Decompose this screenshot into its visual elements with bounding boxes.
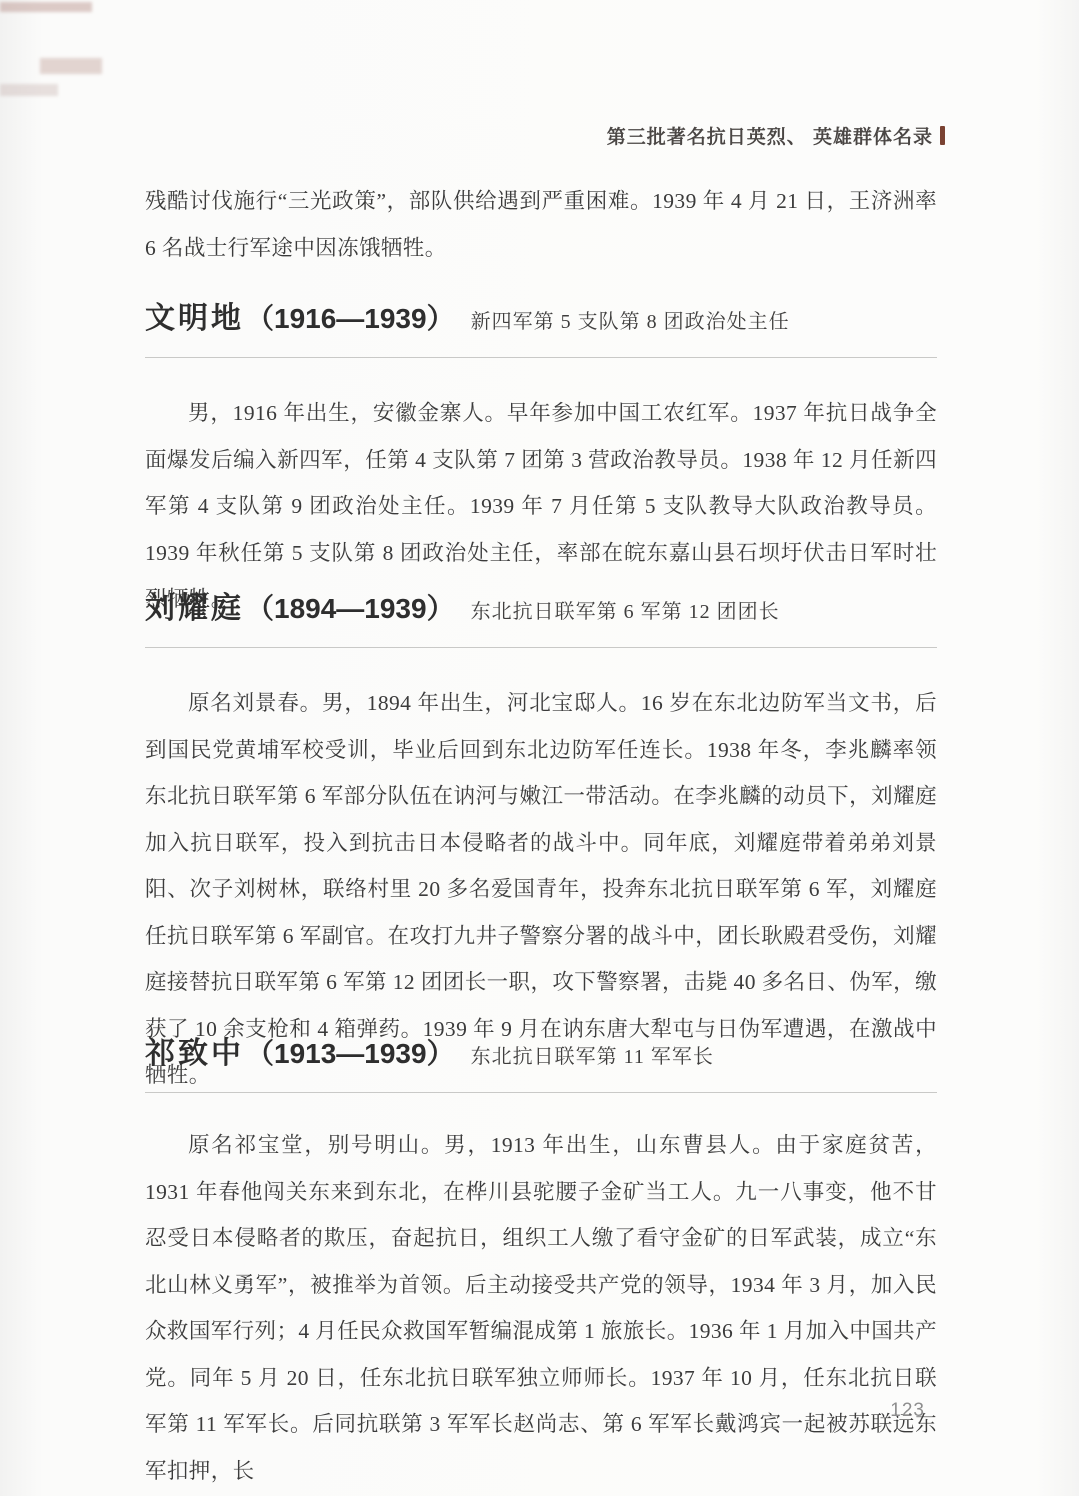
martyr-name: 刘耀庭 — [145, 583, 244, 627]
running-header-title: 第三批著名抗日英烈、 英雄群体名录 — [607, 122, 933, 149]
section-heading-liuyaoting: 刘耀庭 （1894—1939） 东北抗日联军第 6 军第 12 团团长 — [145, 583, 937, 648]
martyr-role: 东北抗日联军第 6 军第 12 团团长 — [471, 595, 780, 624]
section-body-qizhizhong: 原名祁宝堂，别号明山。男，1913 年出生，山东曹县人。由于家庭贫苦，1931 … — [145, 1122, 937, 1494]
running-header: 第三批著名抗日英烈、 英雄群体名录 — [145, 122, 945, 149]
section-heading-wenmingdi: 文明地 （1916—1939） 新四军第 5 支队第 8 团政治处主任 — [145, 293, 937, 358]
book-page: 第三批著名抗日英烈、 英雄群体名录 残酷讨伐施行“三光政策”，部队供给遇到严重困… — [0, 0, 1079, 1496]
martyr-dates: （1913—1939） — [246, 1032, 455, 1072]
martyr-role: 新四军第 5 支队第 8 团政治处主任 — [471, 305, 790, 334]
martyr-name: 文明地 — [145, 293, 244, 337]
page-number: 123 — [890, 1400, 925, 1422]
corner-stamp-mark — [0, 84, 58, 96]
martyr-dates: （1894—1939） — [246, 587, 455, 627]
section-heading-qizhizhong: 祁致中 （1913—1939） 东北抗日联军第 11 军军长 — [145, 1028, 937, 1093]
corner-stamp-mark — [0, 2, 92, 12]
martyr-name: 祁致中 — [145, 1028, 244, 1072]
martyr-dates: （1916—1939） — [246, 297, 455, 337]
corner-stamp-mark — [40, 58, 102, 74]
intro-paragraph: 残酷讨伐施行“三光政策”，部队供给遇到严重困难。1939 年 4 月 21 日，… — [145, 178, 937, 271]
header-accent-bar-icon — [940, 126, 945, 145]
martyr-role: 东北抗日联军第 11 军军长 — [471, 1040, 714, 1069]
